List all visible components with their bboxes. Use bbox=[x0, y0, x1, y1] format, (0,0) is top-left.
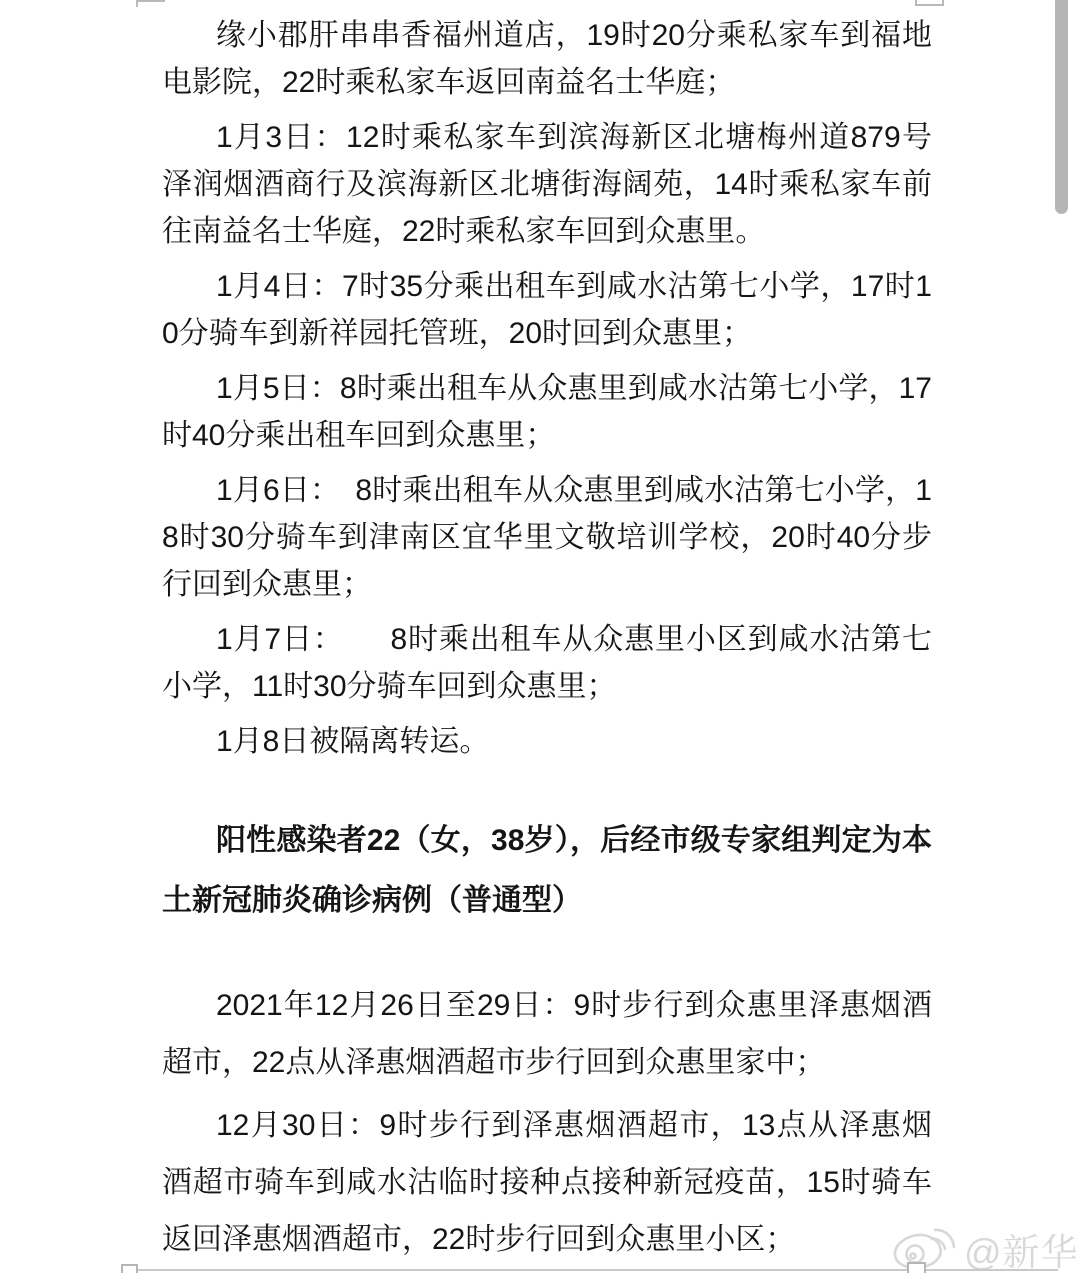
scrollbar-thumb[interactable] bbox=[1055, 0, 1068, 214]
paragraph: 1月6日： 8时乘出租车从众惠里到咸水沽第七小学，18时30分骑车到津南区宜华里… bbox=[162, 467, 932, 608]
paragraph: 缘小郡肝串串香福州道店，19时20分乘私家车到福地电影院，22时乘私家车返回南益… bbox=[162, 12, 932, 106]
paragraph: 1月8日被隔离转运。 bbox=[162, 718, 932, 765]
paragraph: 1月4日：7时35分乘出租车到咸水沽第七小学，17时10分骑车到新祥园托管班，2… bbox=[162, 263, 932, 357]
watermark-handle: @新华社 bbox=[964, 1222, 1080, 1273]
paragraph: 1月7日： 8时乘出租车从众惠里小区到咸水沽第七小学，11时30分骑车回到众惠里… bbox=[162, 616, 932, 710]
paragraph: 1月5日：8时乘出租车从众惠里到咸水沽第七小学，17时40分乘出租车回到众惠里； bbox=[162, 365, 932, 459]
document-text: 缘小郡肝串串香福州道店，19时20分乘私家车到福地电影院，22时乘私家车返回南益… bbox=[162, 0, 932, 1268]
paragraph: 1月3日：12时乘私家车到滨海新区北塘梅州道879号泽润烟酒商行及滨海新区北塘街… bbox=[162, 114, 932, 255]
paragraph: 2021年12月26日至29日：9时步行到众惠里泽惠烟酒超市，22点从泽惠烟酒超… bbox=[162, 977, 932, 1091]
selection-handle-mid bbox=[907, 1262, 926, 1273]
paragraph-heading: 阳性感染者22（女，38岁），后经市级专家组判定为本土新冠肺炎确诊病例（普通型） bbox=[162, 811, 932, 931]
selection-handle-left bbox=[121, 1264, 138, 1273]
weibo-document-screenshot: 缘小郡肝串串香福州道店，19时20分乘私家车到福地电影院，22时乘私家车返回南益… bbox=[0, 0, 1080, 1273]
paragraph: 12月30日：9时步行到泽惠烟酒超市，13点从泽惠烟酒超市骑车到咸水沽临时接种点… bbox=[162, 1097, 932, 1268]
cropped-box-edge-top-left bbox=[136, 0, 165, 7]
